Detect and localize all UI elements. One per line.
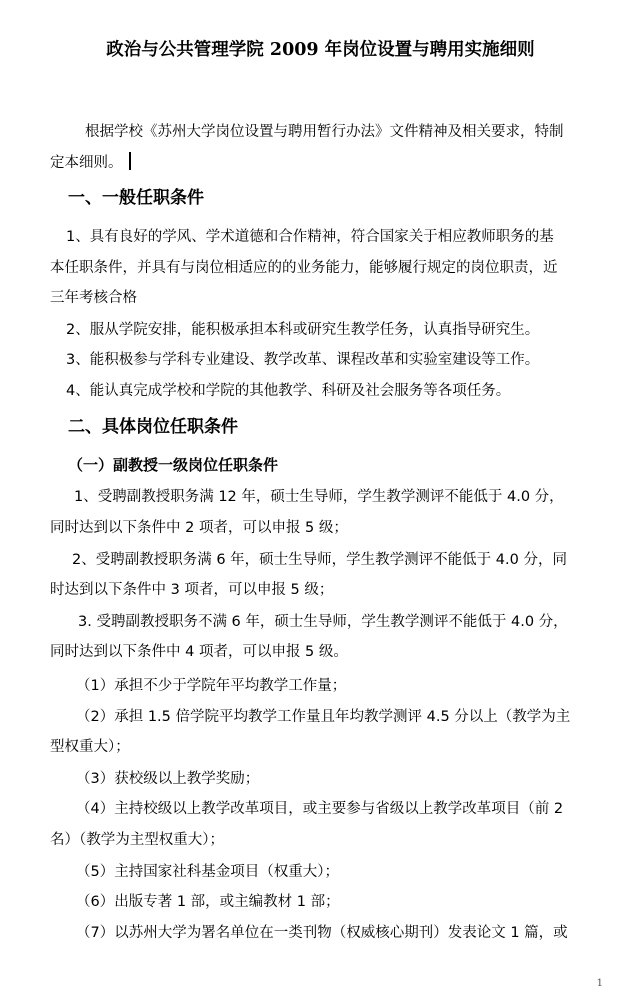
rule-1-line-1: 1、受聘副教授职务满 12 年，硕士生导师，学生教学测评不能低于 4.0 分， (74, 487, 564, 507)
condition-5: （5）主持国家社科基金项目（权重大）； (76, 862, 339, 882)
section-heading-general: 一、一般任职条件 (68, 187, 204, 209)
rule-1-line-2: 同时达到以下条件中 2 项者，可以申报 5 级； (50, 518, 348, 538)
page-number: 1 (597, 978, 603, 989)
document-title: 政治与公共管理学院 2009 年岗位设置与聘用实施细则 (0, 38, 641, 62)
general-item-2: 2、服从学院安排，能积极承担本科或研究生教学任务，认真指导研究生。 (66, 320, 539, 340)
rule-2-line-1: 2、受聘副教授职务满 6 年，硕士生导师，学生教学测评不能低于 4.0 分，同 (72, 550, 567, 570)
condition-4-line-2: 名）（教学为主型权重大）； (50, 830, 224, 850)
rule-3-line-2: 同时达到以下条件中 4 项者，可以申报 5 级。 (50, 642, 348, 662)
condition-1: （1）承担不少于学院年平均教学工作量； (76, 676, 346, 696)
condition-2-line-1: （2）承担 1.5 倍学院平均教学工作量且年均教学测评 4.5 分以上（教学为主 (76, 707, 570, 727)
section-heading-specific: 二、具体岗位任职条件 (68, 416, 238, 438)
general-item-1-line-2: 本任职条件，并具有与岗位相适应的的业务能力，能够履行规定的岗位职责，近 (50, 258, 558, 278)
general-item-1-line-3: 三年考核合格 (50, 288, 137, 308)
rule-3-line-1: 3. 受聘副教授职务不满 6 年，硕士生导师，学生教学测评不能低于 4.0 分， (78, 612, 568, 632)
condition-3: （3）获校级以上教学奖励； (76, 769, 259, 789)
text-cursor (129, 152, 131, 170)
general-item-4: 4、能认真完成学校和学院的其他教学、科研及社会服务等各项任务。 (66, 381, 510, 401)
general-item-1-line-1: 1、具有良好的学风、学术道德和合作精神，符合国家关于相应教师职务的基 (66, 227, 554, 247)
condition-4-line-1: （4）主持校级以上教学改革项目，或主要参与省级以上教学改革项目（前 2 (76, 799, 563, 819)
intro-text: 定本细则。 (50, 155, 123, 171)
condition-6: （6）出版专著 1 部，或主编教材 1 部； (76, 892, 340, 912)
intro-line-1: 根据学校《苏州大学岗位设置与聘用暂行办法》文件精神及相关要求，特制 (85, 122, 564, 142)
intro-line-2: 定本细则。 (50, 152, 131, 173)
general-item-3: 3、能积极参与学科专业建设、教学改革、课程改革和实验室建设等工作。 (66, 350, 539, 370)
subsection-heading-associate-prof: （一）副教授一级岗位任职条件 (68, 455, 278, 475)
condition-2-line-2: 型权重大）； (50, 737, 130, 757)
condition-7-line-1: （7）以苏州大学为署名单位在一类刊物（权威核心期刊）发表论文 1 篇，或 (76, 923, 568, 943)
rule-2-line-2: 时达到以下条件中 3 项者，可以申报 5 级； (50, 580, 333, 600)
